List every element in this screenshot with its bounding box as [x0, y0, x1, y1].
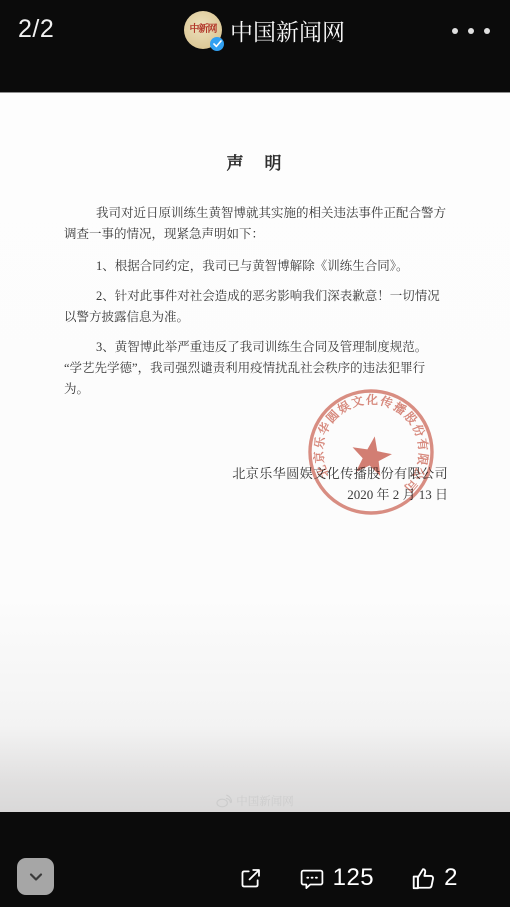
avatar[interactable]: 中新网 — [184, 11, 222, 49]
verified-badge-icon — [210, 37, 224, 51]
like-count: 2 — [444, 864, 458, 892]
document-title: 声 明 — [0, 149, 510, 174]
svg-text:北京乐华圆娱文化传播股份有限公司: 北京乐华圆娱文化传播股份有限公司 — [305, 382, 439, 498]
document-body: 我司对近日原训练生黄智博就其实施的相关违法事件正配合警方 调查一事的情况，现紧急… — [64, 203, 448, 400]
more-options-icon[interactable] — [448, 24, 494, 38]
paragraph: 我司对近日原训练生黄智博就其实施的相关违法事件正配合警方 调查一事的情况，现紧急… — [64, 203, 448, 245]
comments-button[interactable]: 125 — [299, 864, 375, 892]
account-name: 中国新闻网 — [230, 14, 345, 47]
image-viewer-screen: 2/2 中新网 中国新闻网 声 明 我司对近日原训练生黄智博就其实施的相关违法事… — [0, 0, 510, 907]
paragraph-line: 2、针对此事件对社会造成的恶劣影响我们深表歉意！一切情况 — [64, 286, 448, 307]
thumbs-up-icon — [410, 865, 436, 891]
document-image[interactable]: 声 明 我司对近日原训练生黄智博就其实施的相关违法事件正配合警方 调查一事的情况… — [0, 92, 510, 812]
watermark: 中国新闻网 — [0, 793, 510, 809]
paragraph: 1、根据合同约定，我司已与黄智博解除《训练生合同》。 — [64, 256, 448, 277]
company-seal-icon: 北京乐华圆娱文化传播股份有限公司 — [296, 377, 447, 528]
seal-text: 北京乐华圆娱文化传播股份有限公司 — [305, 382, 439, 498]
paragraph-line: 3、黄智博此举严重违反了我司训练生合同及管理制度规范。 — [64, 337, 448, 358]
paragraph-line: “学艺先学德”，我司强烈谴责利用疫情扰乱社会秩序的违法犯罪行 — [64, 358, 448, 379]
watermark-text: 中国新闻网 — [236, 793, 294, 809]
like-button[interactable]: 2 — [410, 864, 458, 892]
action-bar: 125 2 — [238, 862, 458, 894]
collapse-button[interactable] — [17, 858, 54, 895]
avatar-logo-text: 中新网 — [190, 25, 217, 35]
paragraph-line: 调查一事的情况，现紧急声明如下： — [64, 224, 448, 245]
paragraph-line: 我司对近日原训练生黄智博就其实施的相关违法事件正配合警方 — [64, 203, 448, 224]
paragraph: 2、针对此事件对社会造成的恶劣影响我们深表歉意！一切情况 以警方披露信息为准。 — [64, 286, 448, 328]
comment-count: 125 — [333, 864, 375, 892]
weibo-logo-icon — [216, 794, 232, 808]
page-indicator: 2/2 — [18, 15, 54, 44]
paragraph-line: 1、根据合同约定，我司已与黄智博解除《训练生合同》。 — [64, 256, 448, 277]
top-bar: 2/2 中新网 中国新闻网 — [0, 0, 510, 62]
share-icon — [238, 866, 263, 891]
account-header[interactable]: 中新网 中国新闻网 — [184, 11, 345, 49]
paragraph-line: 以警方披露信息为准。 — [64, 307, 448, 328]
chevron-down-icon — [25, 866, 47, 888]
comment-icon — [299, 865, 325, 891]
share-button[interactable] — [238, 866, 263, 891]
bottom-bar: 125 2 — [0, 812, 510, 907]
